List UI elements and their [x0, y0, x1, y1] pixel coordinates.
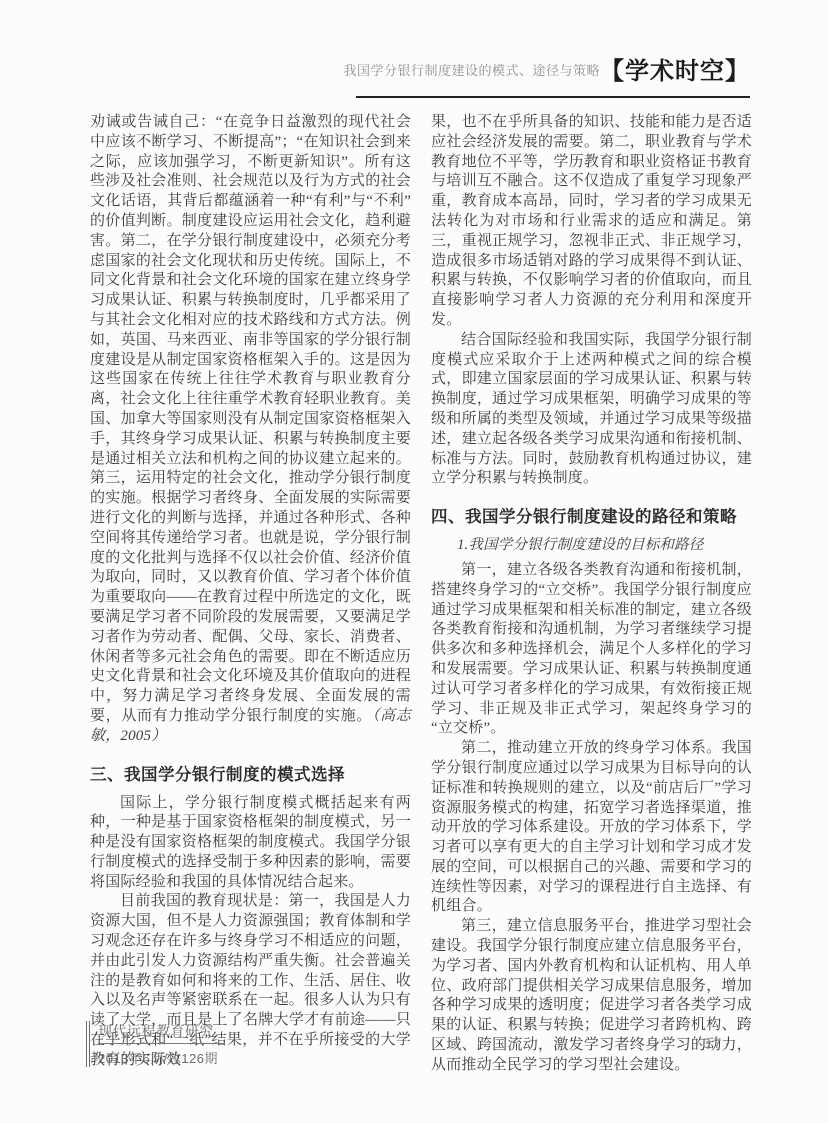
paragraph: 第三，建立信息服务平台，推进学习型社会建设。我国学分银行制度应建立信息服务平台，…	[431, 917, 752, 1075]
paragraph: 第二，推动建立开放的终身学习体系。我国学分银行制度应通过以学习成果为目标导向的认…	[431, 739, 752, 917]
journal-page: 我国学分银行制度建设的模式、途径与策略 【学术时空】 劝诫或告诫自己：“在竞争日…	[0, 0, 828, 1123]
section-heading-three: 三、我国学分银行制度的模式选择	[90, 761, 411, 785]
paragraph-continuation: 果，也不在乎所具备的知识、技能和能力是否适应社会经济发展的需要。第二，职业教育与…	[431, 113, 752, 331]
paragraph-text: 劝诫或告诫自己：“在竞争日益激烈的现代社会中应该不断学习、不断提高”；“在知识社…	[90, 114, 411, 724]
running-title: 我国学分银行制度建设的模式、途径与策略	[343, 60, 600, 84]
article-body: 劝诫或告诫自己：“在竞争日益激烈的现代社会中应该不断学习、不断提高”；“在知识社…	[90, 113, 752, 1076]
page-number: ·37·	[695, 1035, 732, 1051]
header-rule	[356, 96, 750, 98]
left-column: 劝诫或告诫自己：“在竞争日益激烈的现代社会中应该不断学习、不断提高”；“在知识社…	[90, 113, 411, 1076]
journal-name: 现代远程教育研究	[98, 1021, 224, 1044]
paragraph: 国际上，学分银行制度模式概括起来有两种，一种是基于国家资格框架的制度模式，另一种…	[90, 794, 411, 893]
section-badge: 【学术时空】	[600, 60, 750, 84]
journal-footer: 现代远程教育研究 2013年6期/总126期	[86, 1021, 224, 1067]
paragraph: 第一，建立各级各类教育沟通和衔接机制，搭建终身学习的“立交桥”。我国学分银行制度…	[431, 561, 752, 739]
paragraph-continuation: 劝诫或告诫自己：“在竞争日益激烈的现代社会中应该不断学习、不断提高”；“在知识社…	[90, 113, 411, 747]
section-heading-four: 四、我国学分银行制度建设的路径和策略	[431, 503, 752, 527]
subsection-heading: 1.我国学分银行制度建设的目标和路径	[431, 536, 752, 556]
paragraph: 结合国际经验和我国实际，我国学分银行制度模式应采取介于上述两种模式之间的综合模式…	[431, 331, 752, 489]
page-header: 我国学分银行制度建设的模式、途径与策略 【学术时空】	[343, 60, 750, 84]
issue-info: 2013年6期/总126期	[98, 1048, 224, 1067]
right-column: 果，也不在乎所具备的知识、技能和能力是否适应社会经济发展的需要。第二，职业教育与…	[431, 113, 752, 1076]
